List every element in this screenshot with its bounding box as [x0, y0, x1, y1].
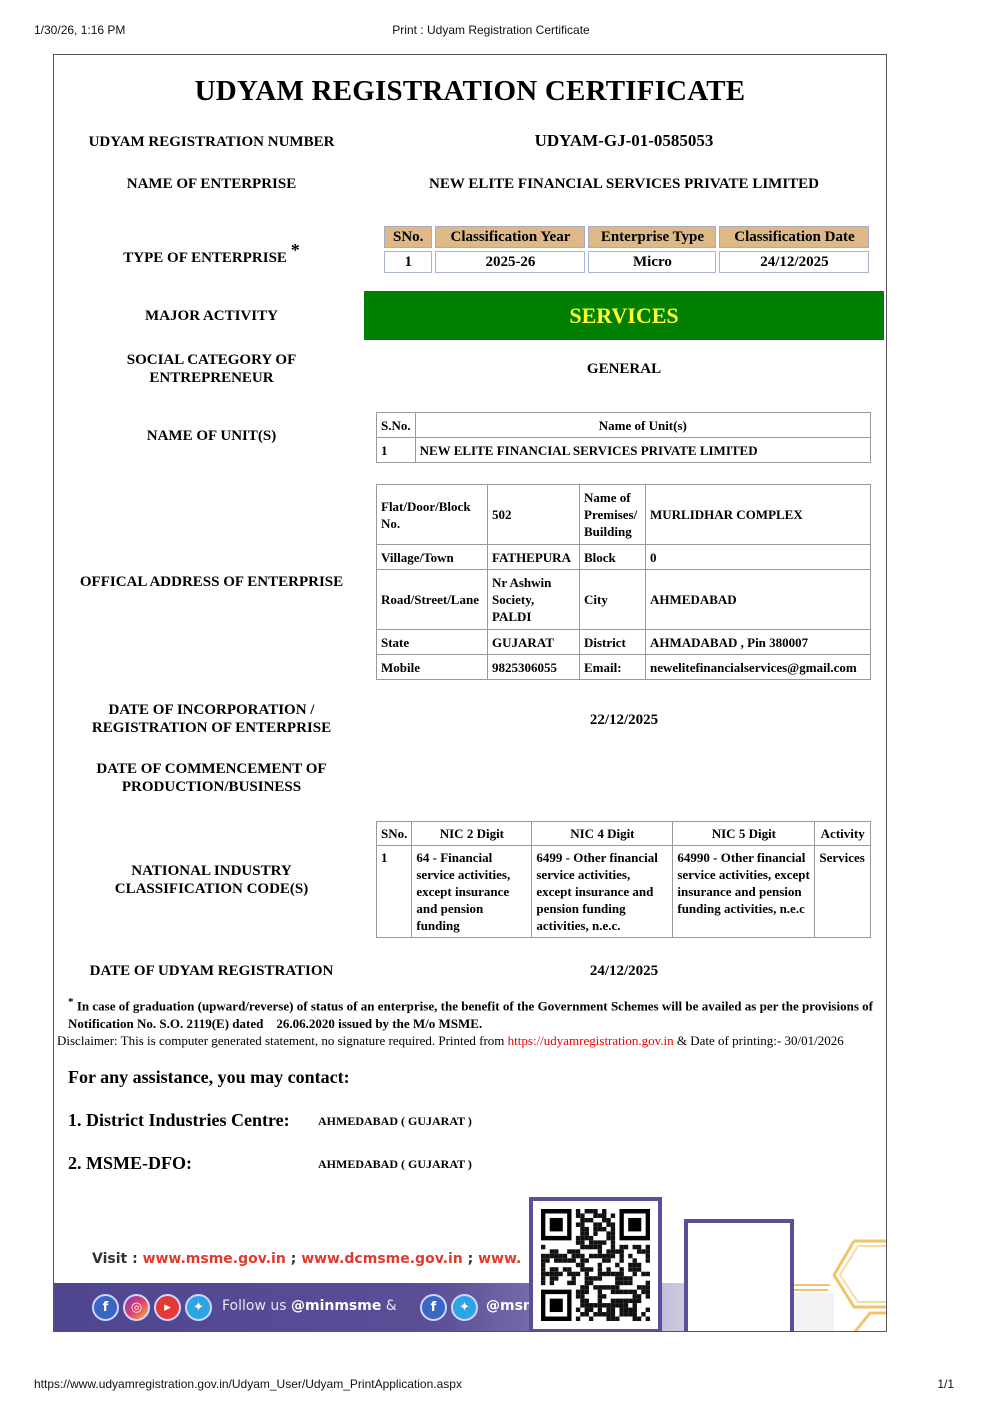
- incorporation-date-value: 22/12/2025: [364, 711, 884, 729]
- cell-classification-date: 24/12/2025: [719, 251, 869, 273]
- commencement-date-label-line1: DATE OF COMMENCEMENT OF: [64, 760, 359, 778]
- units-label: NAME OF UNIT(S): [64, 427, 359, 445]
- cell-nic-2: 64 - Financial service activities, excep…: [412, 846, 532, 938]
- cell-enterprise-type: Micro: [588, 251, 716, 273]
- cell-value: MURLIDHAR COMPLEX: [646, 485, 871, 545]
- cell-key: State: [377, 630, 488, 655]
- visit-links: Visit : www.msme.gov.in ; www.dcmsme.gov…: [92, 1251, 521, 1267]
- instagram-icon[interactable]: ◎: [123, 1294, 150, 1321]
- cell-sno: 1: [377, 846, 412, 938]
- facebook-icon[interactable]: f: [92, 1294, 119, 1321]
- dic-contact-label: 1. District Industries Centre:: [68, 1110, 290, 1131]
- col-header-sno: S.No.: [377, 413, 416, 438]
- registration-number-label: UDYAM REGISTRATION NUMBER: [64, 133, 359, 151]
- cell-key: Email:: [580, 655, 646, 680]
- table-row: Village/Town FATHEPURA Block 0: [377, 545, 871, 570]
- partial-link[interactable]: www.: [478, 1251, 521, 1267]
- graduation-note-text: In case of graduation (upward/reverse) o…: [68, 998, 873, 1031]
- nic-table: SNo. NIC 2 Digit NIC 4 Digit NIC 5 Digit…: [376, 821, 871, 938]
- table-row: 1 NEW ELITE FINANCIAL SERVICES PRIVATE L…: [377, 438, 871, 463]
- cell-value: newelitefinancialservices@gmail.com: [646, 655, 871, 680]
- col-header-activity: Activity: [815, 822, 871, 846]
- cell-key: Flat/Door/Block No.: [377, 485, 488, 545]
- qr-code-image: [541, 1209, 650, 1321]
- assistance-title: For any assistance, you may contact:: [68, 1067, 350, 1088]
- udyam-registration-date-value: 24/12/2025: [364, 962, 884, 980]
- cell-value: FATHEPURA: [488, 545, 580, 570]
- incorporation-date-label-line1: DATE OF INCORPORATION /: [64, 701, 359, 719]
- units-table: S.No. Name of Unit(s) 1 NEW ELITE FINANC…: [376, 412, 871, 463]
- commencement-date-label-line2: PRODUCTION/BUSINESS: [64, 778, 359, 796]
- minmsme-handle[interactable]: @minmsme: [291, 1298, 381, 1314]
- cell-key: City: [580, 570, 646, 630]
- nic-label-line2: CLASSIFICATION CODE(S): [64, 880, 359, 898]
- asterisk-mark: *: [291, 240, 300, 260]
- separator: ;: [286, 1251, 301, 1267]
- follow-us-text: Follow us @minmsme &: [222, 1298, 397, 1314]
- udyam-portal-link[interactable]: https://udyamregistration.gov.in: [508, 1033, 674, 1048]
- udyam-registration-date-label: DATE OF UDYAM REGISTRATION: [64, 962, 359, 980]
- social-category-value: GENERAL: [364, 360, 884, 378]
- follow-prefix: Follow us: [222, 1298, 291, 1314]
- nic-label-line1: NATIONAL INDUSTRY: [64, 862, 359, 880]
- table-row: 1 2025-26 Micro 24/12/2025: [384, 251, 869, 273]
- msme-dfo-contact-value: AHMEDABAD ( GUJARAT ): [318, 1157, 472, 1172]
- facebook-icon[interactable]: f: [420, 1294, 447, 1321]
- twitter-icon[interactable]: ✦: [451, 1294, 478, 1321]
- cell-classification-year: 2025-26: [435, 251, 585, 273]
- certificate-title: UDYAM REGISTRATION CERTIFICATE: [54, 75, 886, 108]
- cell-value: 0: [646, 545, 871, 570]
- incorporation-date-label: DATE OF INCORPORATION / REGISTRATION OF …: [64, 701, 359, 737]
- cell-value: AHMADABAD , Pin 380007: [646, 630, 871, 655]
- print-url: https://www.udyamregistration.gov.in/Udy…: [34, 1377, 462, 1391]
- commencement-date-label: DATE OF COMMENCEMENT OF PRODUCTION/BUSIN…: [64, 760, 359, 796]
- msme-link[interactable]: www.msme.gov.in: [143, 1251, 286, 1267]
- enterprise-name-value: NEW ELITE FINANCIAL SERVICES PRIVATE LIM…: [364, 175, 884, 193]
- hexagon-decoration: [794, 1235, 887, 1332]
- visit-label: Visit :: [92, 1251, 143, 1267]
- cell-nic-5: 64990 - Other financial service activiti…: [673, 846, 815, 938]
- registration-number-value: UDYAM-GJ-01-0585053: [364, 132, 884, 150]
- cell-key: Name of Premises/ Building: [580, 485, 646, 545]
- youtube-icon[interactable]: ▸: [154, 1294, 181, 1321]
- table-row: 1 64 - Financial service activities, exc…: [377, 846, 871, 938]
- twitter-icon[interactable]: ✦: [185, 1294, 212, 1321]
- col-header-classification-date: Classification Date: [719, 226, 869, 248]
- table-row: Road/Street/Lane Nr Ashwin Society, PALD…: [377, 570, 871, 630]
- disclaimer-prefix: Disclaimer: This is computer generated s…: [57, 1033, 508, 1048]
- col-header-unit-name: Name of Unit(s): [415, 413, 870, 438]
- graduation-note: * In case of graduation (upward/reverse)…: [68, 993, 873, 1033]
- cell-key: Mobile: [377, 655, 488, 680]
- col-header-sno: SNo.: [384, 226, 432, 248]
- classification-table: SNo. Classification Year Enterprise Type…: [381, 223, 872, 276]
- social-category-label-line2: ENTREPRENEUR: [64, 369, 359, 387]
- enterprise-type-label-text: TYPE OF ENTERPRISE: [123, 250, 287, 266]
- separator: ;: [463, 1251, 478, 1267]
- enterprise-type-label: TYPE OF ENTERPRISE *: [64, 241, 359, 267]
- cell-unit-name: NEW ELITE FINANCIAL SERVICES PRIVATE LIM…: [415, 438, 870, 463]
- cell-key: Block: [580, 545, 646, 570]
- col-header-nic-4: NIC 4 Digit: [532, 822, 673, 846]
- address-table: Flat/Door/Block No. 502 Name of Premises…: [376, 484, 871, 680]
- col-header-enterprise-type: Enterprise Type: [588, 226, 716, 248]
- enterprise-name-label: NAME OF ENTERPRISE: [64, 175, 359, 193]
- disclaimer: Disclaimer: This is computer generated s…: [57, 1033, 887, 1049]
- amp: &: [381, 1298, 396, 1314]
- photo-frame: [684, 1219, 794, 1332]
- nic-label: NATIONAL INDUSTRY CLASSIFICATION CODE(S): [64, 862, 359, 898]
- cell-activity: Services: [815, 846, 871, 938]
- cell-value: 9825306055: [488, 655, 580, 680]
- cell-value: 502: [488, 485, 580, 545]
- col-header-sno: SNo.: [377, 822, 412, 846]
- print-page-title: Print : Udyam Registration Certificate: [0, 23, 982, 37]
- major-activity-value: SERVICES: [364, 291, 884, 340]
- certificate: UDYAM REGISTRATION CERTIFICATE UDYAM REG…: [53, 54, 887, 1332]
- social-category-label: SOCIAL CATEGORY OF ENTREPRENEUR: [64, 351, 359, 387]
- qr-code: [529, 1197, 662, 1332]
- cell-value: Nr Ashwin Society, PALDI: [488, 570, 580, 630]
- cell-sno: 1: [377, 438, 416, 463]
- cell-key: District: [580, 630, 646, 655]
- address-label: OFFICAL ADDRESS OF ENTERPRISE: [64, 573, 359, 591]
- incorporation-date-label-line2: REGISTRATION OF ENTERPRISE: [64, 719, 359, 737]
- dic-contact-value: AHMEDABAD ( GUJARAT ): [318, 1114, 472, 1129]
- social-category-label-line1: SOCIAL CATEGORY OF: [64, 351, 359, 369]
- col-header-classification-year: Classification Year: [435, 226, 585, 248]
- msme-banner: Visit : www.msme.gov.in ; www.dcmsme.gov…: [54, 1195, 887, 1332]
- cell-sno: 1: [384, 251, 432, 273]
- col-header-nic-2: NIC 2 Digit: [412, 822, 532, 846]
- disclaimer-suffix: & Date of printing:- 30/01/2026: [674, 1033, 844, 1048]
- asterisk-mark: *: [68, 996, 74, 1008]
- cell-key: Road/Street/Lane: [377, 570, 488, 630]
- cell-nic-4: 6499 - Other financial service activitie…: [532, 846, 673, 938]
- print-page-number: 1/1: [937, 1377, 954, 1391]
- cell-value: GUJARAT: [488, 630, 580, 655]
- col-header-nic-5: NIC 5 Digit: [673, 822, 815, 846]
- dcmsme-link[interactable]: www.dcmsme.gov.in: [301, 1251, 463, 1267]
- table-row: Mobile 9825306055 Email: newelitefinanci…: [377, 655, 871, 680]
- cell-key: Village/Town: [377, 545, 488, 570]
- table-row: Flat/Door/Block No. 502 Name of Premises…: [377, 485, 871, 545]
- cell-value: AHMEDABAD: [646, 570, 871, 630]
- msme-dfo-contact-label: 2. MSME-DFO:: [68, 1153, 192, 1174]
- table-row: State GUJARAT District AHMADABAD , Pin 3…: [377, 630, 871, 655]
- major-activity-label: MAJOR ACTIVITY: [64, 307, 359, 325]
